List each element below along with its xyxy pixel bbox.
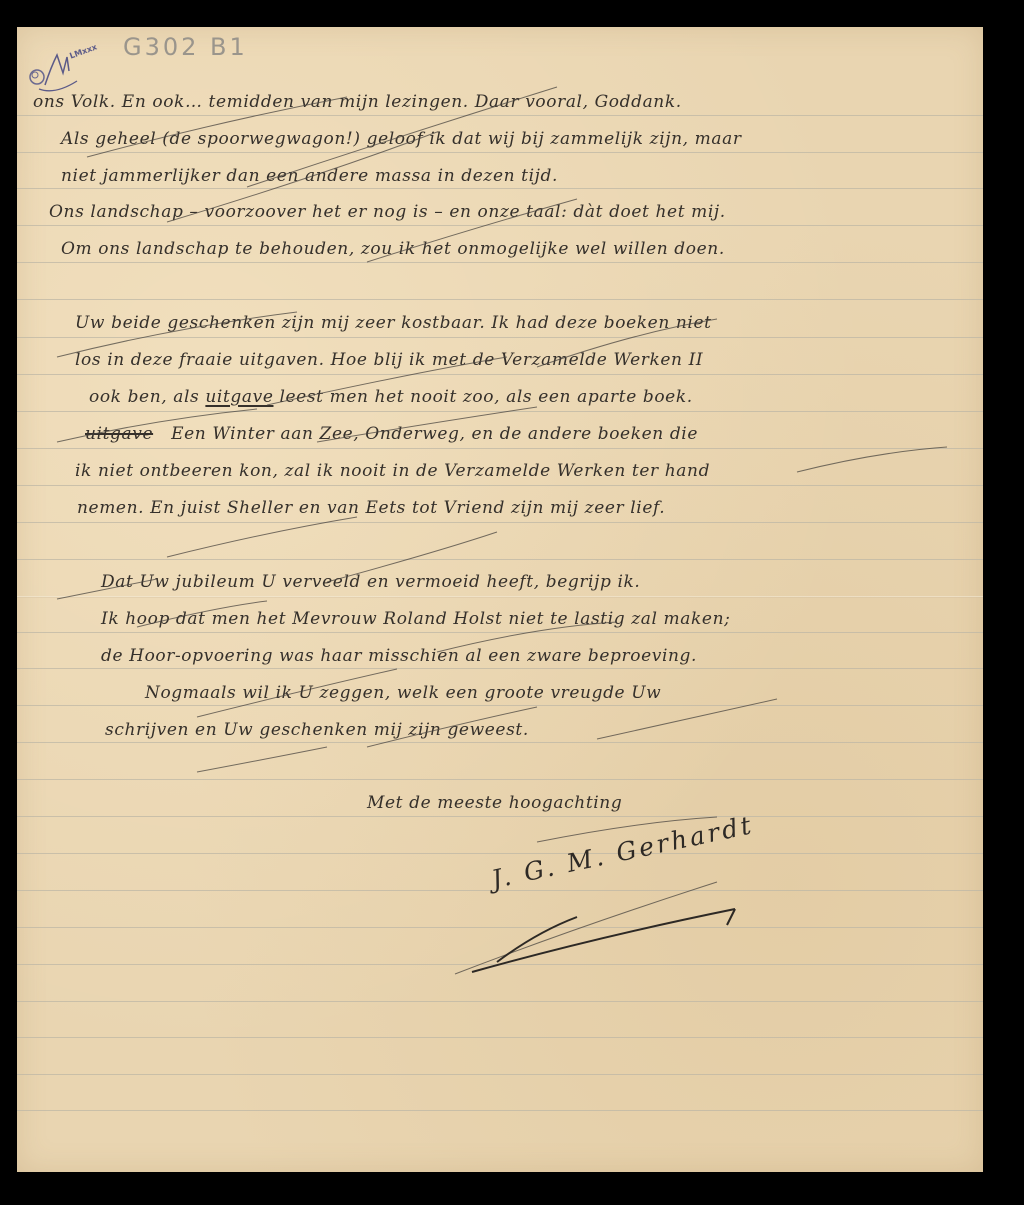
letter-line: Uw beide geschenken zijn mij zeer kostba…: [75, 315, 712, 332]
letter-line: Nogmaals wil ik U zeggen, welk een groot…: [145, 685, 661, 702]
letter-line: nemen. En juist Sheller en van Eets tot …: [77, 500, 665, 517]
ruled-line: [17, 705, 983, 706]
ruled-line: [17, 1110, 983, 1111]
ruled-line: [17, 337, 983, 338]
closing-salutation: Met de meeste hoogachting: [367, 795, 622, 812]
ruled-line: [17, 816, 983, 817]
ruled-line: [17, 1037, 983, 1038]
paper-fold: [17, 596, 983, 598]
ruled-line: [17, 485, 983, 486]
ruled-line: [17, 742, 983, 743]
ruled-line: [17, 262, 983, 263]
letter-line: niet jammerlijker dan een andere massa i…: [61, 168, 558, 185]
letter-line: ik niet ontbeeren kon, zal ik nooit in d…: [75, 463, 710, 480]
letter-line: Als geheel (de spoorwegwagon!) geloof ik…: [61, 131, 742, 148]
ruled-line: [17, 779, 983, 780]
letter-line: Dat Uw jubileum U verveeld en vermoeid h…: [101, 574, 640, 591]
ruled-line: [17, 299, 983, 300]
ruled-line: [17, 152, 983, 153]
ruled-line: [17, 1074, 983, 1075]
letter-line: uitgave Een Winter aan Zee, Onderweg, en…: [85, 426, 698, 443]
letter-line: Ons landschap – voorzoover het er nog is…: [49, 204, 726, 221]
library-stamp: LMxxx: [25, 47, 95, 97]
ruled-line: [17, 225, 983, 226]
letter-line: schrijven en Uw geschenken mij zijn gewe…: [105, 722, 529, 739]
ruled-line: [17, 632, 983, 633]
line-prefix: ook ben, als: [89, 387, 205, 407]
ruled-line: [17, 188, 983, 189]
struck-word: uitgave: [85, 424, 153, 444]
ruled-line: [17, 1001, 983, 1002]
letter-line: de Hoor-opvoering was haar misschien al …: [101, 648, 697, 665]
letter-line: los in deze fraaie uitgaven. Hoe blij ik…: [75, 352, 703, 369]
letter-line: Ik hoop dat men het Mevrouw Roland Holst…: [101, 611, 730, 628]
line-suffix: leest men het nooit zoo, als een aparte …: [273, 387, 692, 407]
ruled-line: [17, 927, 983, 928]
letter-line: ook ben, als uitgave leest men het nooit…: [89, 389, 693, 406]
line-text: Een Winter aan Zee, Onderweg, en de ande…: [171, 424, 698, 444]
ruled-line: [17, 964, 983, 965]
ruled-line: [17, 853, 983, 854]
ruled-line: [17, 559, 983, 560]
underlined-word: uitgave: [205, 387, 273, 407]
ruled-line: [17, 115, 983, 116]
letter-line: ons Volk. En ook… temidden van mijn lezi…: [33, 94, 682, 111]
ruled-line: [17, 522, 983, 523]
letter-page: LMxxx G302 B1 ons Volk. En ook… temidden…: [17, 27, 983, 1172]
ruled-line: [17, 411, 983, 412]
ruled-line: [17, 448, 983, 449]
ruled-line: [17, 374, 983, 375]
ruled-line: [17, 668, 983, 669]
letter-line: Om ons landschap te behouden, zou ik het…: [61, 241, 725, 258]
catalog-number: G302 B1: [123, 33, 248, 61]
